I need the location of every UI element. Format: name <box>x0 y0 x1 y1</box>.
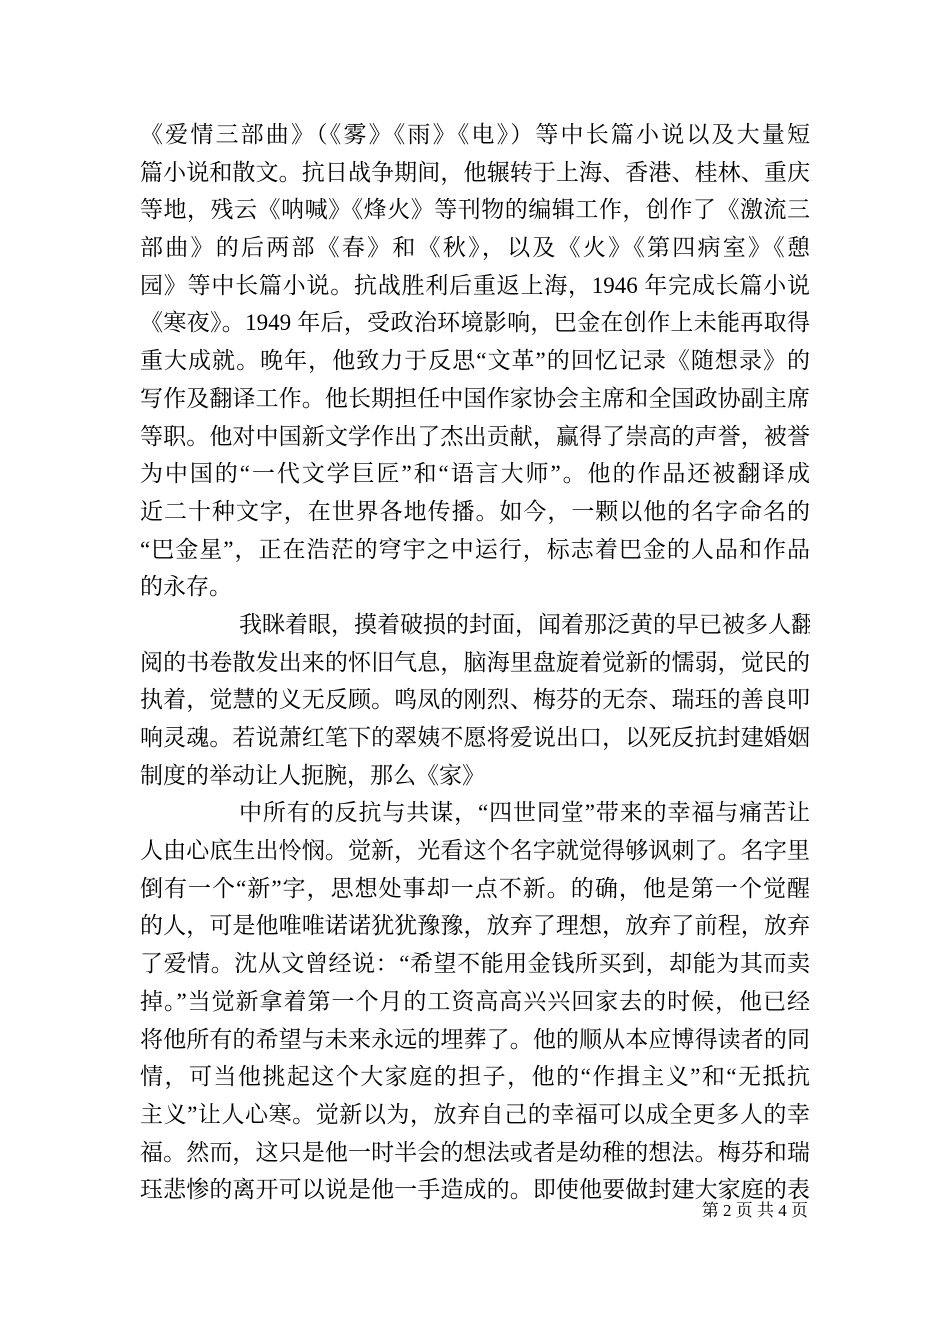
text-line: 等职。他对中国新文学作出了杰出贡献，赢得了崇高的声誉，被誉 <box>140 418 810 456</box>
paragraph: 中所有的反抗与共谋，“四世同堂”带来的幸福与痛苦让人由心底生出怜悯。觉新，光看这… <box>140 794 810 1209</box>
text-line: 写作及翻译工作。他长期担任中国作家协会主席和全国政协副主席 <box>140 380 810 418</box>
page-number-footer: 第 2 页 共 4 页 <box>140 1199 808 1223</box>
text-line: 执着，觉慧的义无反顾。鸣凤的刚烈、梅芬的无奈、瑞珏的善良叩 <box>140 681 810 719</box>
text-line: 《寒夜》。1949 年后，受政治环境影响，巴金在创作上未能再取得 <box>140 304 810 342</box>
text-line: 主义”让人心寒。觉新以为，放弃自己的幸福可以成全更多人的幸 <box>140 1096 810 1134</box>
text-line: 我眯着眼，摸着破损的封面，闻着那泛黄的早已被多人翻 <box>140 606 810 644</box>
text-line: “巴金星”，正在浩茫的穹宇之中运行，标志着巴金的人品和作品 <box>140 531 810 569</box>
text-line: 为中国的“一代文学巨匠”和“语言大师”。他的作品还被翻译成 <box>140 455 810 493</box>
document-page: 《爱情三部曲》（《雾》《雨》《电》）等中长篇小说以及大量短篇小说和散文。抗日战争… <box>0 0 950 1344</box>
text-line: 《爱情三部曲》（《雾》《雨》《电》）等中长篇小说以及大量短 <box>140 116 810 154</box>
text-line: 倒有一个“新”字，思想处事却一点不新。的确，他是第一个觉醒 <box>140 870 810 908</box>
text-line: 的人，可是他唯唯诺诺犹犹豫豫，放弃了理想，放弃了前程，放弃 <box>140 907 810 945</box>
text-line: 园》等中长篇小说。抗战胜利后重返上海，1946 年完成长篇小说 <box>140 267 810 305</box>
text-line: 了爱情。沈从文曾经说：“希望不能用金钱所买到，却能为其而卖 <box>140 945 810 983</box>
text-line: 响灵魂。若说萧红笔下的翠姨不愿将爱说出口，以死反抗封建婚姻 <box>140 719 810 757</box>
document-body: 《爱情三部曲》（《雾》《雨》《电》）等中长篇小说以及大量短篇小说和散文。抗日战争… <box>140 116 810 1209</box>
text-line: 部曲》的后两部《春》和《秋》，以及《火》《第四病室》《憩 <box>140 229 810 267</box>
text-line: 近二十种文字，在世界各地传播。如今，一颗以他的名字命名的 <box>140 493 810 531</box>
text-line: 等地，残云《呐喊》《烽火》等刊物的编辑工作，创作了《激流三 <box>140 191 810 229</box>
paragraph: 《爱情三部曲》（《雾》《雨》《电》）等中长篇小说以及大量短篇小说和散文。抗日战争… <box>140 116 810 606</box>
text-line: 的永存。 <box>140 568 810 606</box>
text-line: 重大成就。晚年，他致力于反思“文革”的回忆记录《随想录》的 <box>140 342 810 380</box>
text-line: 阅的书卷散发出来的怀旧气息，脑海里盘旋着觉新的懦弱，觉民的 <box>140 644 810 682</box>
text-line: 中所有的反抗与共谋，“四世同堂”带来的幸福与痛苦让 <box>140 794 810 832</box>
paragraph: 我眯着眼，摸着破损的封面，闻着那泛黄的早已被多人翻阅的书卷散发出来的怀旧气息，脑… <box>140 606 810 794</box>
text-line: 制度的举动让人扼腕，那么《家》 <box>140 757 810 795</box>
text-line: 福。然而，这只是他一时半会的想法或者是幼稚的想法。梅芬和瑞 <box>140 1134 810 1172</box>
text-line: 情，可当他挑起这个大家庭的担子，他的“作揖主义”和“无抵抗 <box>140 1058 810 1096</box>
text-line: 将他所有的希望与未来永远的埋葬了。他的顺从本应博得读者的同 <box>140 1021 810 1059</box>
text-line: 掉。”当觉新拿着第一个月的工资高高兴兴回家去的时候，他已经 <box>140 983 810 1021</box>
text-line: 人由心底生出怜悯。觉新，光看这个名字就觉得够讽刺了。名字里 <box>140 832 810 870</box>
text-line: 篇小说和散文。抗日战争期间，他辗转于上海、香港、桂林、重庆 <box>140 154 810 192</box>
